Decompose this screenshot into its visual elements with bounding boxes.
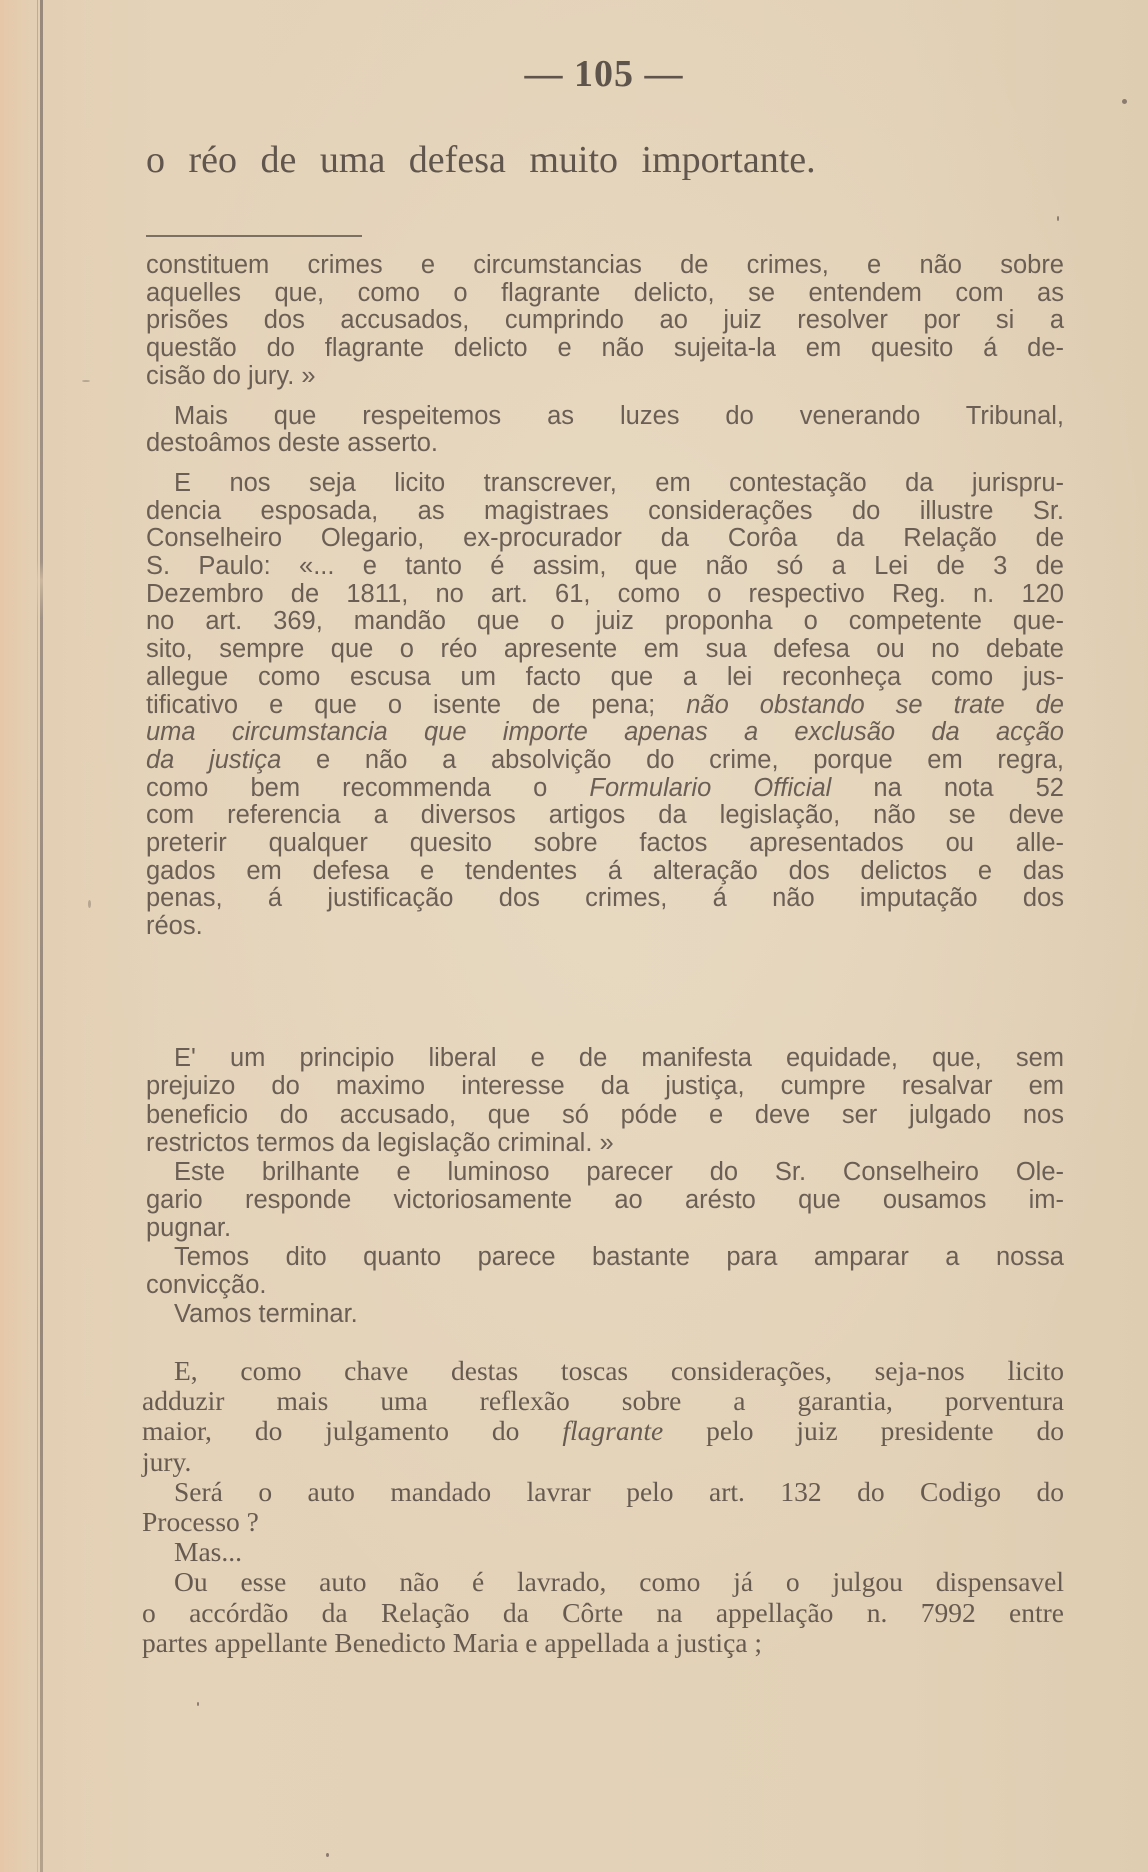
italic-segment: Formulario Official xyxy=(589,774,831,802)
text-line: allegue como escusa um facto que a lei r… xyxy=(146,664,1064,692)
binding-edge-line xyxy=(40,0,43,1872)
paragraph-but: Mas... xyxy=(142,1537,1064,1567)
text-line: pugnar. xyxy=(146,1214,1064,1242)
paper-speck xyxy=(326,1853,329,1857)
text-line: destoâmos deste asserto. xyxy=(146,430,1064,458)
text-line: cisão do jury. » xyxy=(146,363,1064,391)
text-line: Mas... xyxy=(142,1537,1064,1567)
text-line: sito, sempre que o réo apresente em sua … xyxy=(146,636,1064,664)
text-line: gados em defesa e tendentes á alteração … xyxy=(146,858,1064,886)
text-line: gario responde victoriosamente ao arésto… xyxy=(146,1186,1064,1214)
carry-over-line: o réo de uma defesa muito importante. xyxy=(146,138,816,182)
text-line: S. Paulo: «... e tanto é assim, que não … xyxy=(146,553,1064,581)
text-line: Processo ? xyxy=(142,1507,1064,1537)
italic-segment: uma circumstancia que importe apenas a e… xyxy=(146,718,1064,746)
paragraph-citation: E nos seja licito transcrever, em contes… xyxy=(146,470,1064,941)
text-line: Temos dito quanto parece bastante para a… xyxy=(146,1243,1064,1271)
text-segment: tificativo e que o isente de pena; xyxy=(146,691,655,719)
text-line: E, como chave destas toscas consideraçõe… xyxy=(142,1356,1064,1386)
text-line: no art. 369, mandão que o juiz proponha … xyxy=(146,608,1064,636)
paper-speck xyxy=(1122,99,1127,104)
body-text-lower: E, como chave destas toscas consideraçõe… xyxy=(142,1356,1064,1658)
scanned-book-page: — 105 — o réo de uma defesa muito import… xyxy=(0,0,1148,1872)
paragraph-principle: E' um principio liberal e de manifesta e… xyxy=(146,1044,1064,1158)
paragraph-dissent: Mais que respeitemos as luzes do veneran… xyxy=(146,403,1064,458)
text-line: adduzir mais uma reflexão sobre a garant… xyxy=(142,1386,1064,1416)
text-segment: na nota 52 xyxy=(873,774,1064,802)
text-line: da justiça e não a absolvição do crime, … xyxy=(146,747,1064,775)
text-line: maior, do julgamento do flagrante pelo j… xyxy=(142,1416,1064,1446)
text-line: Ou esse auto não é lavrado, como já o ju… xyxy=(142,1567,1064,1597)
text-line: jury. xyxy=(142,1447,1064,1477)
text-line: prejuizo do maximo interesse da justiça,… xyxy=(146,1072,1064,1100)
paragraph-conviction: Temos dito quanto parece bastante para a… xyxy=(146,1243,1064,1300)
text-line: beneficio do accusado, que só póde e dev… xyxy=(146,1101,1064,1129)
text-line: dencia esposada, as magistraes considera… xyxy=(146,498,1064,526)
body-text-middle: E' um principio liberal e de manifesta e… xyxy=(146,1044,1064,1328)
italic-segment: não obstando se trate de xyxy=(686,691,1064,719)
paper-speck xyxy=(1057,216,1059,221)
text-line: Conselheiro Olegario, ex-procurador da C… xyxy=(146,525,1064,553)
paragraph-terminate: Vamos terminar. xyxy=(146,1300,1064,1328)
text-line: uma circumstancia que importe apenas a e… xyxy=(146,719,1064,747)
text-line: o accórdão da Relação da Côrte na appell… xyxy=(142,1598,1064,1628)
italic-segment: da justiça xyxy=(146,746,281,774)
text-line: tificativo e que o isente de pena; não o… xyxy=(146,692,1064,720)
paper-speck xyxy=(88,900,91,908)
paper-speck xyxy=(197,1702,199,1706)
binding-edge-shadow xyxy=(37,0,38,1872)
text-line: Mais que respeitemos as luzes do veneran… xyxy=(146,403,1064,431)
text-line: Vamos terminar. xyxy=(146,1300,1064,1328)
page-number: — 105 — xyxy=(0,52,1148,96)
text-line: preterir qualquer quesito sobre factos a… xyxy=(146,830,1064,858)
text-line: prisões dos accusados, cumprindo ao juiz… xyxy=(146,307,1064,335)
text-line: restrictos termos da legislação criminal… xyxy=(146,1129,1064,1157)
paragraph-question: Será o auto mandado lavrar pelo art. 132… xyxy=(142,1477,1064,1537)
paragraph-appeal: Ou esse auto não é lavrado, como já o ju… xyxy=(142,1567,1064,1658)
text-line: partes appellante Benedicto Maria e appe… xyxy=(142,1628,1064,1658)
text-line: penas, á justificação dos crimes, á não … xyxy=(146,885,1064,913)
text-line: aquelles que, como o flagrante delicto, … xyxy=(146,280,1064,308)
body-text-upper: constituem crimes e circumstancias de cr… xyxy=(146,252,1064,941)
paper-speck xyxy=(82,380,90,382)
text-segment: e não a absolvição do crime, porque em r… xyxy=(316,746,1064,774)
text-segment: como bem recommenda o xyxy=(146,774,547,802)
text-line: E nos seja licito transcrever, em contes… xyxy=(146,470,1064,498)
text-line: constituem crimes e circumstancias de cr… xyxy=(146,252,1064,280)
text-line: convicção. xyxy=(146,1271,1064,1299)
paragraph-reflection: E, como chave destas toscas consideraçõe… xyxy=(142,1356,1064,1477)
text-line: questão do flagrante delicto e não sujei… xyxy=(146,335,1064,363)
section-rule xyxy=(146,235,362,237)
text-line: com referencia a diversos artigos da leg… xyxy=(146,802,1064,830)
text-segment: maior, do julgamento do xyxy=(142,1415,519,1446)
text-line: Será o auto mandado lavrar pelo art. 132… xyxy=(142,1477,1064,1507)
paragraph-opinion: Este brilhante e luminoso parecer do Sr.… xyxy=(146,1158,1064,1243)
text-line: Dezembro de 1811, no art. 61, como o res… xyxy=(146,581,1064,609)
text-line: E' um principio liberal e de manifesta e… xyxy=(146,1044,1064,1072)
italic-segment: flagrante xyxy=(562,1415,663,1446)
text-line: como bem recommenda o Formulario Officia… xyxy=(146,775,1064,803)
paragraph-quote-end: constituem crimes e circumstancias de cr… xyxy=(146,252,1064,391)
text-line: Este brilhante e luminoso parecer do Sr.… xyxy=(146,1158,1064,1186)
text-line: réos. xyxy=(146,913,1064,941)
text-segment: pelo juiz presidente do xyxy=(706,1415,1064,1446)
